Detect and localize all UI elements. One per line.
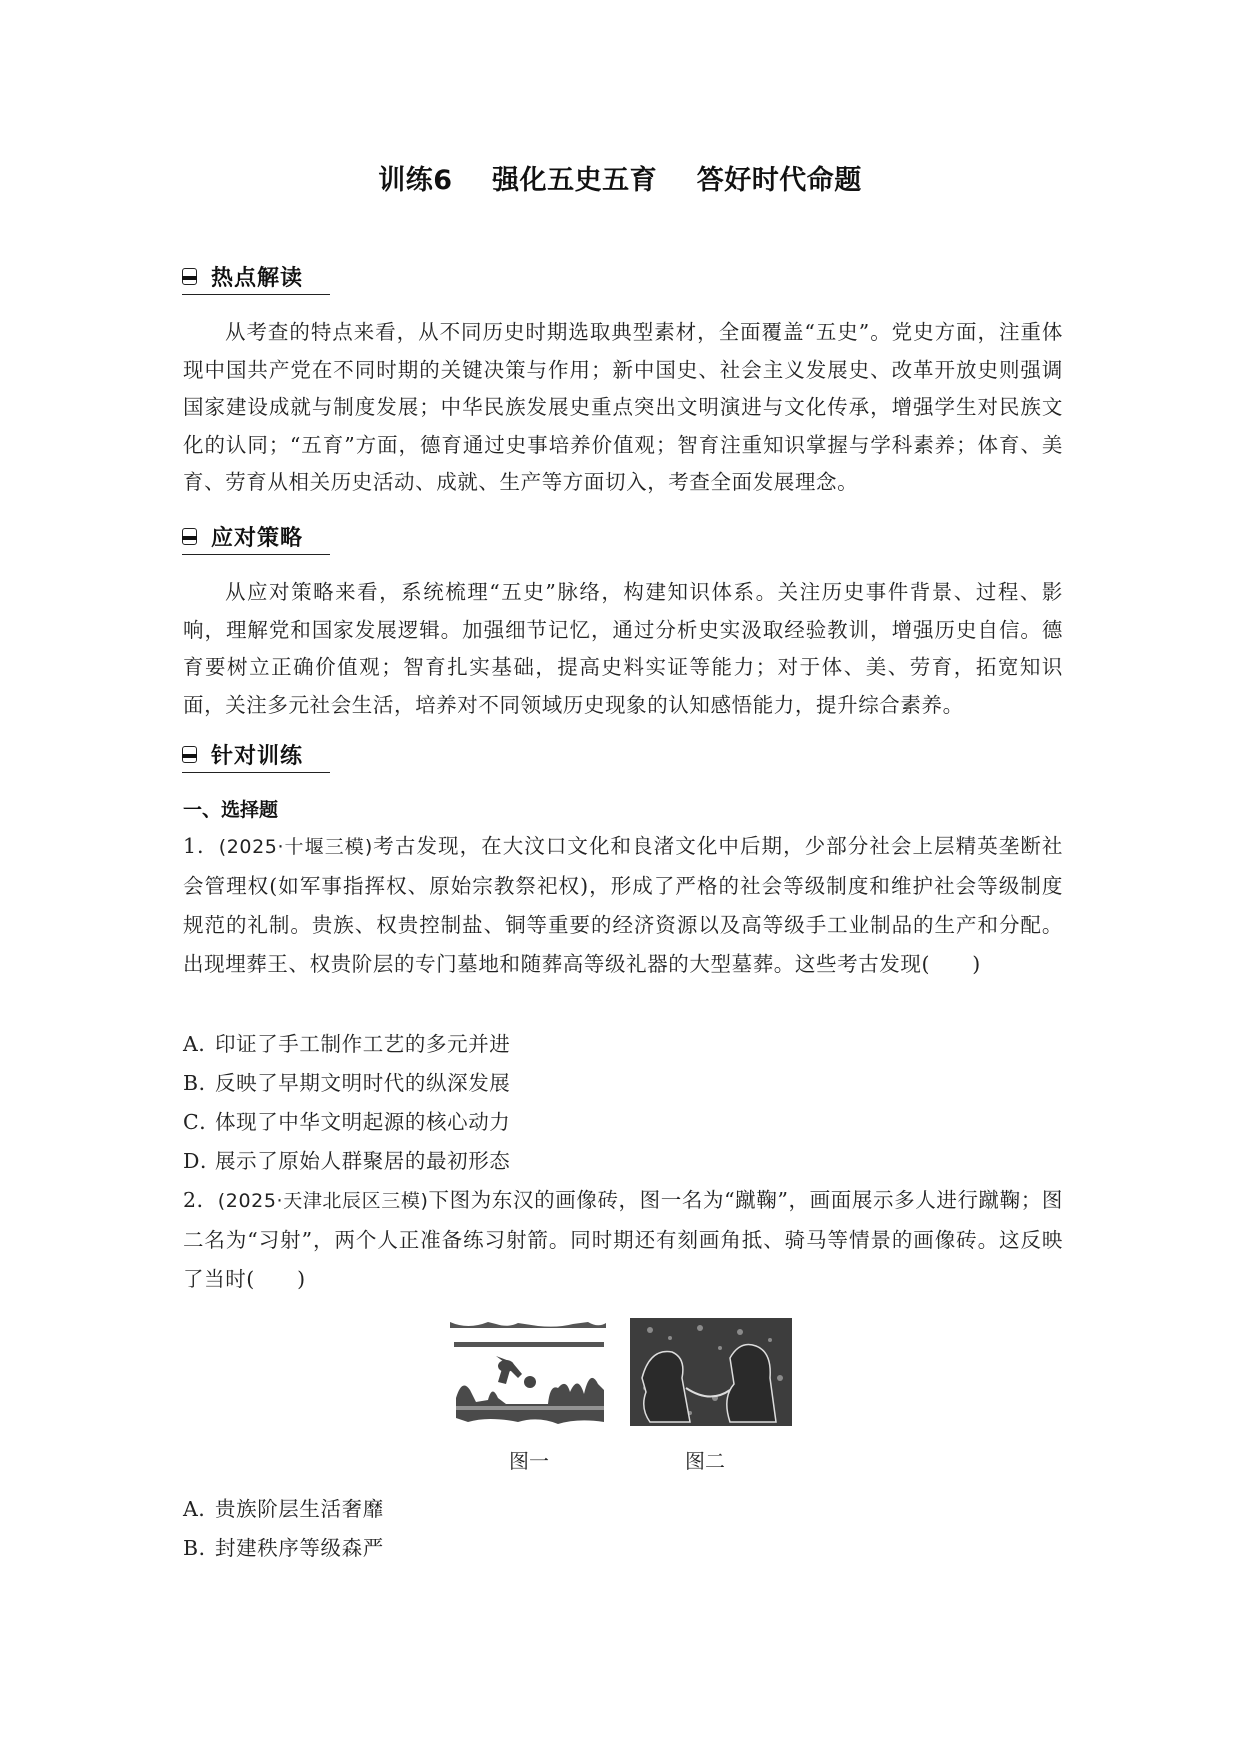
question-1-option-d: D．展示了原始人群聚居的最初形态 bbox=[183, 1142, 510, 1181]
section-heading-training: 针对训练 bbox=[182, 736, 330, 773]
square-minus-icon bbox=[182, 268, 197, 285]
exercise-subheading: 一、选择题 bbox=[183, 795, 278, 822]
hotspot-paragraph: 从考查的特点来看，从不同历史时期选取典型素材，全面覆盖“五史”。党史方面，注重体… bbox=[183, 314, 1063, 502]
square-minus-icon bbox=[182, 528, 197, 545]
section-heading-strategy: 应对策略 bbox=[182, 518, 330, 555]
figure-archery-brick-image bbox=[630, 1318, 792, 1426]
strategy-paragraph: 从应对策略来看，系统梳理“五史”脉络，构建知识体系。关注历史事件背景、过程、影响… bbox=[183, 574, 1063, 724]
page-title: 训练6 强化五史五育 答好时代命题 bbox=[0, 158, 1240, 197]
title-part-1: 训练6 bbox=[378, 165, 452, 196]
question-source: (2025·十堰三模) bbox=[219, 836, 373, 858]
question-1-option-a: A．印证了手工制作工艺的多元并进 bbox=[183, 1025, 510, 1064]
question-2-option-b: B．封建秩序等级森严 bbox=[183, 1529, 384, 1568]
question-1-option-b: B．反映了早期文明时代的纵深发展 bbox=[183, 1064, 510, 1103]
question-number: 1． bbox=[183, 834, 219, 858]
section-heading-hotspot: 热点解读 bbox=[182, 258, 330, 295]
question-1: 1．(2025·十堰三模)考古发现，在大汶口文化和良渚文化中后期，少部分社会上层… bbox=[183, 827, 1063, 984]
section-heading-label: 应对策略 bbox=[211, 521, 303, 552]
figure-2-caption: 图二 bbox=[685, 1445, 725, 1474]
question-1-option-c: C．体现了中华文明起源的核心动力 bbox=[183, 1103, 510, 1142]
section-heading-label: 针对训练 bbox=[211, 739, 303, 770]
figure-1-caption: 图一 bbox=[509, 1445, 549, 1474]
title-part-2: 强化五史五育 bbox=[492, 165, 657, 196]
question-source: (2025·天津北辰区三模) bbox=[218, 1190, 429, 1212]
question-2-option-a: A．贵族阶层生活奢靡 bbox=[183, 1490, 384, 1529]
question-number: 2． bbox=[183, 1188, 218, 1212]
question-2: 2．(2025·天津北辰区三模)下图为东汉的画像砖，图一名为“蹴鞠”，画面展示多… bbox=[183, 1181, 1063, 1299]
document-page: 训练6 强化五史五育 答好时代命题 热点解读 从考查的特点来看，从不同历史时期选… bbox=[0, 0, 1240, 1755]
figure-cuju-brick-image bbox=[448, 1318, 608, 1426]
title-part-3: 答好时代命题 bbox=[697, 165, 862, 196]
square-minus-icon bbox=[182, 746, 197, 763]
section-heading-label: 热点解读 bbox=[211, 261, 303, 292]
